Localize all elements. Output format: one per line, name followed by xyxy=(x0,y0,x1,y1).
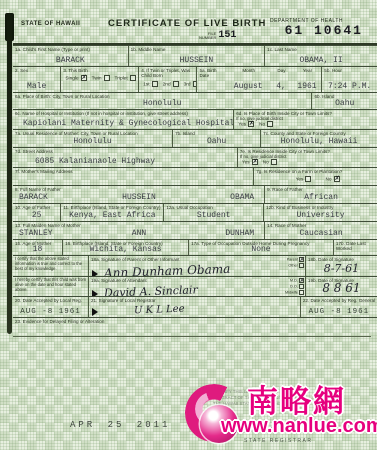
parent-signature: Ann Dunham Obama xyxy=(104,262,231,276)
option-label: 2nd xyxy=(163,82,171,87)
certificate-header: STATE OF HAWAII CERTIFICATE OF LIVE BIRT… xyxy=(13,14,377,45)
field-first-name: 1a. Child's First Name (Type or print) B… xyxy=(13,46,128,66)
option-label: Yes xyxy=(238,123,246,128)
checkbox-md: ✗ xyxy=(299,278,304,283)
option-other: Other xyxy=(288,263,304,268)
field-value: University xyxy=(264,211,377,220)
certification-statement: I hereby certify that this child was bor… xyxy=(13,277,88,296)
checkbox-single: ✗ xyxy=(81,75,87,81)
option-md: M.D.✗ xyxy=(290,278,304,283)
field-label: 13. Full Maiden Name of Mother xyxy=(13,222,264,228)
this-birth-options: Single✗ Twin Triplet xyxy=(61,73,138,81)
option-label: 3rd xyxy=(184,82,191,87)
day-label: Day xyxy=(269,67,293,73)
birth-certificate-scan: STATE OF HAWAII CERTIFICATE OF LIVE BIRT… xyxy=(0,0,377,450)
field-hospital: 6c. Name of Hospital or Institution (If … xyxy=(13,110,233,129)
checkbox-triplet xyxy=(130,75,136,81)
field-birth-date: 5a. Birth Date Month August Day 4, Year … xyxy=(196,67,321,92)
option-3rd: 3rd xyxy=(184,81,197,87)
field-value: Honolulu xyxy=(13,99,311,108)
field-label: 12a. Usual Occupation xyxy=(164,204,263,210)
field-label: 7c. County and State or Foreign Country xyxy=(261,130,377,136)
field-mother-occupation: 17a. Type of Occupation Outside Home Dur… xyxy=(188,240,333,255)
field-label: 7d. Street Address xyxy=(13,148,237,154)
field-value: 25 xyxy=(13,211,60,220)
field-middle-name: 1b. Middle Name HUSSEIN xyxy=(128,46,265,66)
field-label: 1c. Last Name xyxy=(265,46,377,52)
field-label: 17b. Date Last Worked xyxy=(334,240,377,252)
twin-order-options: 1st 2nd 3rd xyxy=(139,79,196,87)
birth-month-col: Month August xyxy=(227,67,269,92)
field-value: Kenya, East Africa xyxy=(61,211,163,220)
field-attendant-signature-date: 19b. Date of Signature 8 8 61 xyxy=(305,277,377,296)
option-label: D.O. xyxy=(290,285,298,289)
field-label: 7f. Mother's Mailing Address xyxy=(13,168,253,174)
option-2nd: 2nd xyxy=(163,81,179,87)
received-date-stamp: APR 25 2011 xyxy=(70,420,170,430)
option-label: Single xyxy=(65,77,78,82)
field-date-accepted-general: 22. Date Accepted by Reg. General AUG -8… xyxy=(300,297,377,317)
row-mother-name: 13. Full Maiden Name of Mother STANLEY A… xyxy=(13,221,377,239)
field-date-accepted-local: 20. Date Accepted by Local Reg. AUG -8 1… xyxy=(13,297,88,317)
field-value: 7:24 P.M. xyxy=(322,82,377,91)
field-attendant-signature: 19a. Signature of Attendant David A. Sin… xyxy=(88,277,305,296)
field-last-name: 1c. Last Name OBAMA, II xyxy=(264,46,377,66)
certificate-form: STATE OF HAWAII CERTIFICATE OF LIVE BIRT… xyxy=(13,14,377,337)
field-label: 14. Race of Mother xyxy=(265,222,377,228)
row-attendant-signature: I hereby certify that this child was bor… xyxy=(13,276,377,296)
field-label: 22. Date Accepted by Reg. General xyxy=(301,297,377,303)
field-label: 6c. Name of Hospital or Institution (If … xyxy=(13,110,233,116)
field-value: Honolulu, Hawaii xyxy=(261,137,377,146)
blank-writing-line xyxy=(13,333,371,337)
certification-statement: I certify that the above stated informat… xyxy=(13,256,88,276)
option-midwife: Midwife xyxy=(285,290,304,295)
field-label: 5a. Birth Date xyxy=(197,67,227,92)
row-child-name: 1a. Child's First Name (Type or print) B… xyxy=(13,45,377,66)
option-label: Yes xyxy=(296,178,304,183)
option-triplet: Triplet xyxy=(115,75,136,81)
field-value: Oahu xyxy=(173,137,260,146)
checkbox-2nd xyxy=(173,81,179,87)
attendant-signature: David A. Sinclair xyxy=(104,284,198,296)
field-value: 8 8 61 xyxy=(306,281,377,295)
father-first: BARACK xyxy=(19,193,48,202)
signature-line: Ann Dunham Obama xyxy=(89,262,305,276)
option-label: Other xyxy=(288,264,298,268)
field-evidence-delayed-filing: 23. Evidence for Delayed Filing or Alter… xyxy=(13,318,377,333)
field-value: African xyxy=(265,193,377,202)
field-parent-signature-date: 18b. Date of Signature 8-7-61 xyxy=(305,256,377,276)
field-label: 1a. Child's First Name (Type or print) xyxy=(13,46,128,52)
checkbox-no xyxy=(267,121,273,127)
field-value: Oahu xyxy=(312,99,377,108)
option-yes: Yes✗ xyxy=(242,159,258,165)
option-label: Parent xyxy=(287,258,298,262)
field-sex: 2. Sex Male xyxy=(13,67,60,92)
parent-other-options: Parent✗ Other xyxy=(287,257,304,268)
certificate-number: 61 10641 xyxy=(285,23,363,38)
field-label: 7b. Island xyxy=(173,130,260,136)
checkbox-yes xyxy=(305,176,311,182)
option-label: No xyxy=(263,161,269,166)
file-number-caption: FILE NUMBER xyxy=(199,32,216,40)
checkbox-no: ✗ xyxy=(334,176,340,182)
month-value: August xyxy=(227,82,269,91)
date-stamp-local: AUG -8 1961 xyxy=(13,308,88,316)
option-no: No✗ xyxy=(325,176,339,182)
option-single: Single✗ xyxy=(65,75,86,81)
checkbox-do xyxy=(299,284,304,289)
option-label: No xyxy=(325,178,331,183)
field-label: 23. Evidence for Delayed Filing or Alter… xyxy=(13,318,377,324)
checkbox-yes: ✗ xyxy=(248,121,254,127)
field-value: Caucasian xyxy=(265,229,377,238)
field-residence-city: 7a. Usual Residence of Mother: City, Tow… xyxy=(13,130,172,147)
field-father-race: 9. Race of Father African xyxy=(264,186,377,203)
attendant-type-options: M.D.✗ D.O. Midwife Other xyxy=(285,278,304,296)
field-label: 7a. Usual Residence of Mother: City, Tow… xyxy=(13,130,172,136)
field-father-age: 10. Age of Father 25 xyxy=(13,204,60,221)
mother-middle: ANN xyxy=(132,229,146,238)
option-do: D.O. xyxy=(290,284,304,289)
field-place-of-birth: 6a. Place of Birth: City, Town or Rural … xyxy=(13,93,311,109)
field-street-address: 7d. Street Address 6085 Kalanianaole Hig… xyxy=(13,148,237,167)
field-parent-signature: 18a. Signature of Parent or Other Inform… xyxy=(88,256,305,276)
field-mother-name: 13. Full Maiden Name of Mother STANLEY A… xyxy=(13,222,264,239)
field-farm-plantation: 7g. Is Residence on a Farm or Plantation… xyxy=(253,168,377,185)
field-value: Student xyxy=(164,211,263,220)
field-label: 11. Birthplace (Island, State or Foreign… xyxy=(61,204,163,210)
field-label: 2. Sex xyxy=(13,67,60,73)
checkbox-no xyxy=(271,159,277,165)
number-word: NUMBER xyxy=(199,35,216,40)
row-father-details: 10. Age of Father 25 11. Birthplace (Isl… xyxy=(13,203,377,221)
row-mother-details: 15. Age of Mother 18 16. Birthplace (Isl… xyxy=(13,239,377,255)
checkbox-parent: ✗ xyxy=(299,257,304,262)
row-mailing-farm: 7f. Mother's Mailing Address 7g. Is Resi… xyxy=(13,167,377,185)
checkbox-yes: ✗ xyxy=(252,159,258,165)
field-label: 9. Race of Father xyxy=(265,186,377,192)
row-parent-signature: I certify that the above stated informat… xyxy=(13,255,377,276)
state-label: STATE OF HAWAII xyxy=(21,21,80,27)
option-no: No xyxy=(259,121,273,127)
field-mother-race: 14. Race of Mother Caucasian xyxy=(264,222,377,239)
option-label: Triplet xyxy=(115,77,128,82)
option-yes: Yes✗ xyxy=(238,121,254,127)
field-value: Kapiolani Maternity & Gynecological Hosp… xyxy=(13,119,233,128)
field-label: 1b. Middle Name xyxy=(129,46,265,52)
mother-first: STANLEY xyxy=(19,229,53,238)
signature-line: David A. Sinclair xyxy=(89,283,305,296)
field-birth-city-limits: 6d. Is Place of Birth Inside City or Tow… xyxy=(233,110,377,129)
birth-year-col: Year 1961 xyxy=(293,67,321,92)
field-residence-island: 7b. Island Oahu xyxy=(172,130,260,147)
year-label: Year xyxy=(293,67,321,73)
state-registrar-caption: STATE REGISTRAR xyxy=(244,438,312,444)
field-value: HUSSEIN xyxy=(129,56,265,65)
mother-maiden: DUNHAM xyxy=(225,229,254,238)
field-label: 8. Full Name of Father xyxy=(13,186,264,192)
option-yes: Yes xyxy=(296,176,312,182)
yes-no-options: Yes✗ No xyxy=(238,159,377,165)
row-hospital: 6c. Name of Hospital or Institution (If … xyxy=(13,109,377,129)
father-middle: HUSSEIN xyxy=(122,193,156,202)
option-parent: Parent✗ xyxy=(287,257,304,262)
field-father-birthplace: 11. Birthplace (Island, State or Foreign… xyxy=(60,204,163,221)
certification-text: I certify that the above stated informat… xyxy=(13,256,88,271)
file-number-stamp: 151 xyxy=(218,30,236,41)
checkbox-1st xyxy=(152,81,158,87)
certification-text: I hereby certify that this child was bor… xyxy=(13,277,88,292)
checkbox-midwife xyxy=(299,290,304,295)
field-value: 6085 Kalanianaole Highway xyxy=(13,157,237,166)
option-label: M.D. xyxy=(290,279,298,283)
field-label: 5b. Hour xyxy=(322,67,377,73)
field-value: Male xyxy=(13,82,60,91)
father-last: OBAMA xyxy=(230,193,254,202)
row-evidence: 23. Evidence for Delayed Filing or Alter… xyxy=(13,317,377,333)
row-street-address: 7d. Street Address 6085 Kalanianaole Hig… xyxy=(13,147,377,167)
signature-arrow-icon xyxy=(92,308,98,316)
field-value: 8-7-61 xyxy=(306,262,377,275)
field-residence-city-limits: 7e. Is Residence Inside City or Town Lim… xyxy=(237,148,377,167)
row-residence: 7a. Usual Residence of Mother: City, Tow… xyxy=(13,129,377,147)
page-left-edge xyxy=(7,14,12,334)
field-father-occupation: 12a. Usual Occupation Student xyxy=(163,204,263,221)
option-no: No xyxy=(263,159,277,165)
field-value: STANLEY ANN DUNHAM xyxy=(19,229,254,238)
field-label: 12b. Kind of Business or Industry xyxy=(264,204,377,210)
field-father-name: 8. Full Name of Father BARACK HUSSEIN OB… xyxy=(13,186,264,203)
certificate-title: CERTIFICATE OF LIVE BIRTH xyxy=(108,18,266,29)
file-number-block: FILE NUMBER 151 xyxy=(199,30,236,41)
field-value: BARACK xyxy=(13,56,128,65)
field-value: None xyxy=(189,245,333,254)
field-value: Honolulu xyxy=(13,137,172,146)
field-father-industry: 12b. Kind of Business or Industry Univer… xyxy=(263,204,377,221)
month-label: Month xyxy=(227,67,269,73)
day-value: 4, xyxy=(269,82,293,91)
local-registrar-signature: U K L Lee xyxy=(104,304,185,317)
option-label: Yes xyxy=(242,161,250,166)
date-stamp-general: AUG -8 1961 xyxy=(301,308,377,316)
field-county-state: 7c. County and State or Foreign Country … xyxy=(260,130,377,147)
checkbox-twin xyxy=(104,75,110,81)
field-value: Wichita, Kansas xyxy=(63,245,188,254)
row-sex-birthdate: 2. Sex Male 3. This Birth Single✗ Twin T… xyxy=(13,66,377,92)
field-value: BARACK HUSSEIN OBAMA xyxy=(19,193,254,202)
signature-line: U K L Lee xyxy=(89,303,300,317)
field-mother-age: 15. Age of Mother 18 xyxy=(13,240,62,255)
field-mother-birthplace: 16. Birthplace (Island, State or Foreign… xyxy=(62,240,188,255)
yes-no-options: Yes✗ No xyxy=(234,121,377,127)
option-label: Twin xyxy=(92,77,102,82)
field-local-registrar-signature: 21. Signature of Local Registrar U K L L… xyxy=(88,297,300,317)
checkbox-other xyxy=(299,263,304,268)
option-twin: Twin xyxy=(92,75,110,81)
option-label: Midwife xyxy=(285,291,298,295)
field-label: 10. Age of Father xyxy=(13,204,60,210)
field-island: 6b. Island Oahu xyxy=(311,93,377,109)
field-date-last-worked: 17b. Date Last Worked xyxy=(333,240,377,255)
field-value: OBAMA, II xyxy=(265,56,377,65)
yes-no-options: Yes No✗ xyxy=(254,174,377,182)
watermark-url-text: www.nanlue.com xyxy=(221,415,377,438)
year-value: 1961 xyxy=(293,82,321,91)
field-mailing-address: 7f. Mother's Mailing Address xyxy=(13,168,253,185)
option-label: 1st xyxy=(143,82,149,87)
row-father-name: 8. Full Name of Father BARACK HUSSEIN OB… xyxy=(13,185,377,203)
field-label: 4. If Twin or Triplet, Was Child Born xyxy=(139,67,196,79)
option-1st: 1st xyxy=(143,81,157,87)
field-this-birth: 3. This Birth Single✗ Twin Triplet xyxy=(60,67,138,92)
row-place-of-birth: 6a. Place of Birth: City, Town or Rural … xyxy=(13,92,377,109)
row-registrar: 20. Date Accepted by Local Reg. AUG -8 1… xyxy=(13,296,377,317)
birth-day-col: Day 4, xyxy=(269,67,293,92)
field-twin-order: 4. If Twin or Triplet, Was Child Born 1s… xyxy=(138,67,196,92)
field-value: 18 xyxy=(13,245,62,254)
field-label: 20. Date Accepted by Local Reg. xyxy=(13,297,88,303)
option-label: No xyxy=(259,123,265,128)
field-hour: 5b. Hour 7:24 P.M. xyxy=(321,67,377,92)
